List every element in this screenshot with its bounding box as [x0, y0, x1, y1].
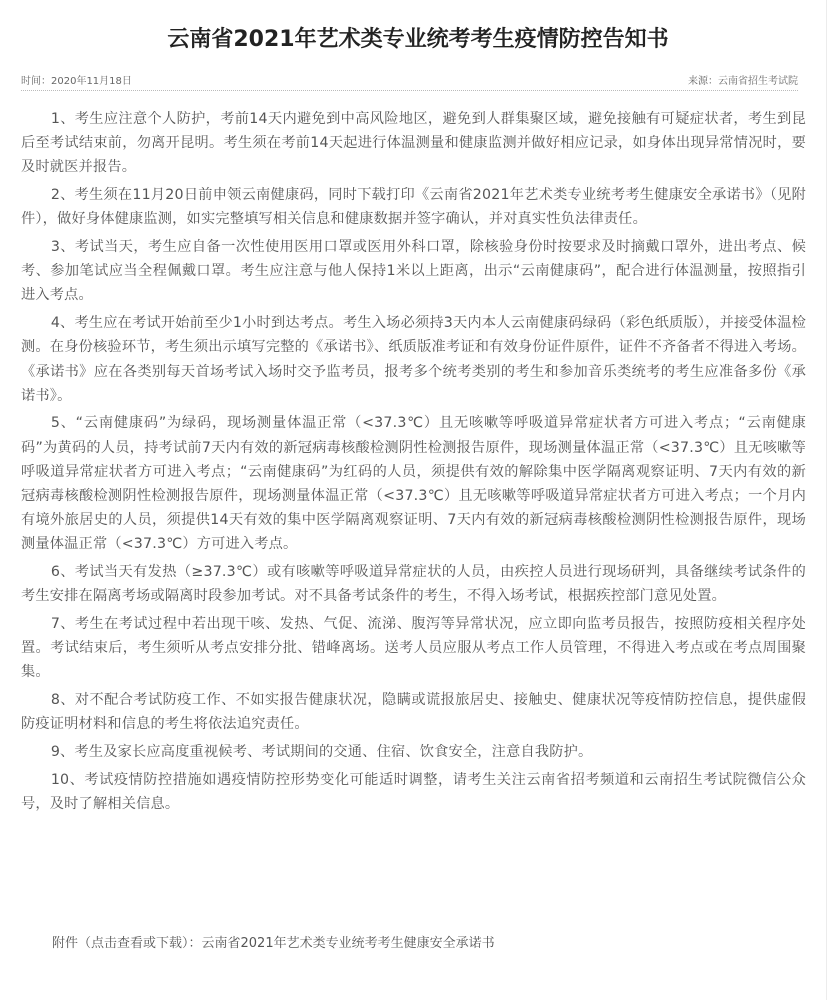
article-body: 1、考生应注意个人防护，考前14天内避免到中高风险地区，避免到人群集聚区域，避免… [21, 107, 806, 820]
paragraph-8: 8、对不配合考试防疫工作、不如实报告健康状况，隐瞒或谎报旅居史、接触史、健康状况… [21, 688, 806, 736]
page-title: 云南省2021年艺术类专业统考考生疫情防控告知书 [0, 22, 836, 53]
paragraph-1: 1、考生应注意个人防护，考前14天内避免到中高风险地区，避免到人群集聚区域，避免… [21, 107, 806, 180]
publish-time: 时间：2020年11月18日 [21, 72, 132, 87]
article-page: 云南省2021年艺术类专业统考考生疫情防控告知书 时间：2020年11月18日 … [0, 0, 827, 1000]
attachment-line: 附件（点击查看或下载）：云南省2021年艺术类专业统考考生健康安全承诺书 [52, 932, 495, 951]
paragraph-2: 2、考生须在11月20日前申领云南健康码，同时下载打印《云南省2021年艺术类专… [21, 183, 806, 231]
paragraph-6: 6、考试当天有发热（≥37.3℃）或有咳嗽等呼吸道异常症状的人员，由疾控人员进行… [21, 560, 806, 608]
paragraph-5: 5、“云南健康码”为绿码，现场测量体温正常（<37.3℃）且无咳嗽等呼吸道异常症… [21, 411, 806, 556]
article-meta: 时间：2020年11月18日 来源：云南省招生考试院 [21, 70, 798, 91]
paragraph-9: 9、考生及家长应高度重视候考、考试期间的交通、住宿、饮食安全，注意自我防护。 [21, 740, 806, 764]
paragraph-10: 10、考试疫情防控措施如遇疫情防控形势变化可能适时调整，请考生关注云南省招考频道… [21, 768, 806, 816]
attachment-download-link[interactable]: 云南省2021年艺术类专业统考考生健康安全承诺书 [202, 936, 495, 951]
paragraph-3: 3、考试当天，考生应自备一次性使用医用口罩或医用外科口罩，除核验身份时按要求及时… [21, 235, 806, 308]
attachment-label: 附件（点击查看或下载）： [52, 936, 202, 951]
article-source: 来源：云南省招生考试院 [688, 72, 798, 87]
paragraph-4: 4、考生应在考试开始前至少1小时到达考点。考生入场必须持3天内本人云南健康码绿码… [21, 311, 806, 408]
paragraph-7: 7、考生在考试过程中若出现干咳、发热、气促、流涕、腹泻等异常状况，应立即向监考员… [21, 612, 806, 685]
